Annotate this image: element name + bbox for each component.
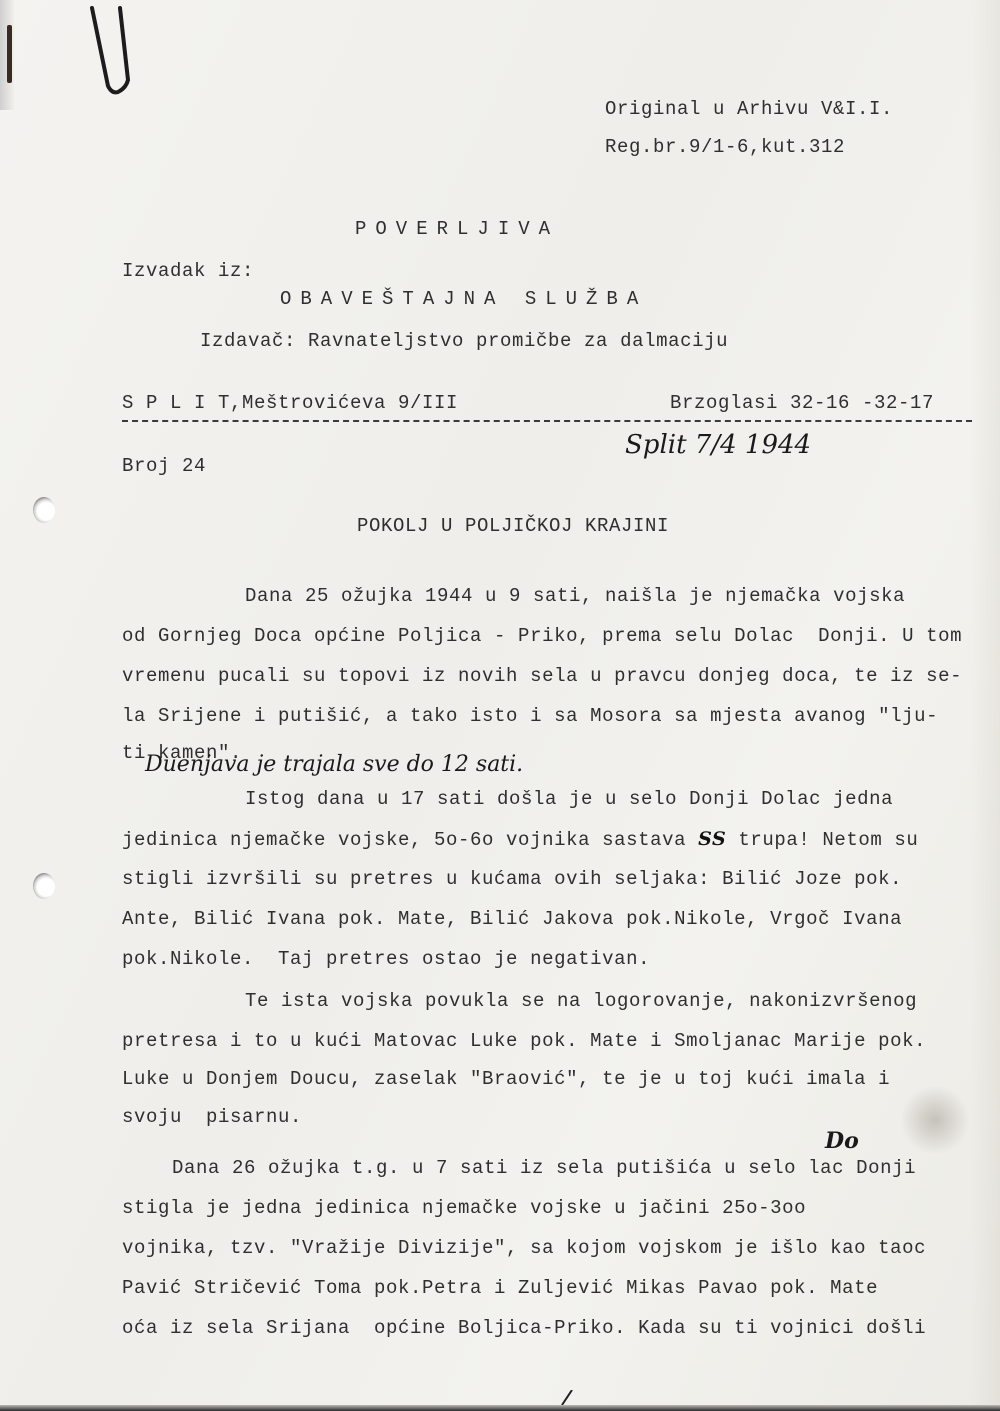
body-line: vojnika, tzv. "Vražije Divizije", sa koj…: [122, 1237, 926, 1259]
header-separator: [122, 420, 972, 422]
document-page: Original u Arhivu V&I.I. Reg.br.9/1-6,ku…: [0, 0, 1000, 1411]
ss-mark: SS: [698, 828, 726, 850]
body-line: Istog dana u 17 sati došla je u selo Don…: [245, 788, 893, 810]
document-number: Broj 24: [122, 455, 206, 477]
paperclip-mark-icon: [88, 4, 148, 99]
body-line: pok.Nikole. Taj pretres ostao je negativ…: [122, 948, 650, 970]
page-shadow: [970, 0, 1000, 1411]
archive-note-line1: Original u Arhivu V&I.I.: [605, 98, 893, 120]
handwritten-correction: Do: [825, 1128, 859, 1154]
body-line: stigla je jedna jedinica njemačke vojske…: [122, 1197, 806, 1219]
publication-title: OBAVEŠTAJNA SLUŽBA: [280, 288, 647, 310]
body-line: Dana 25 ožujka 1944 u 9 sati, naišla je …: [245, 585, 905, 607]
pen-stroke-mark: [560, 1390, 574, 1406]
body-line: Te ista vojska povukla se na logorovanje…: [245, 990, 917, 1012]
classification-label: POVERLJIVA: [355, 218, 559, 240]
body-text: trupa! Netom su: [738, 829, 918, 851]
body-line: vremenu pucali su topovi iz novih sela u…: [122, 665, 962, 687]
paper-bottom-edge: [0, 1405, 1000, 1411]
body-line: Pavić Stričević Toma pok.Petra i Zuljevi…: [122, 1277, 878, 1299]
body-line: Ante, Bilić Ivana pok. Mate, Bilić Jakov…: [122, 908, 902, 930]
archive-note-line2: Reg.br.9/1-6,kut.312: [605, 136, 845, 158]
extract-label: Izvadak iz:: [122, 260, 254, 282]
body-line: od Gornjeg Doca općine Poljica - Priko, …: [122, 625, 962, 647]
phone-numbers: Brzoglasi 32-16 -32-17: [670, 392, 934, 414]
staple-rust-mark: [7, 25, 12, 83]
body-line: svoju pisarnu.: [122, 1106, 302, 1128]
punch-hole-top: [33, 497, 55, 523]
handwritten-date: Split 7/4 1944: [625, 430, 811, 460]
punch-hole-bottom: [33, 873, 55, 899]
body-text: jedinica njemačke vojske, 5o-6o vojnika …: [122, 829, 686, 851]
body-line: oća iz sela Srijana općine Boljica-Priko…: [122, 1317, 926, 1339]
address-line: S P L I T,Meštrovićeva 9/III: [122, 392, 458, 414]
paper-stain: [900, 1085, 970, 1155]
body-line: stigli izvršili su pretres u kućama ovih…: [122, 868, 902, 890]
document-title: POKOLJ U POLJIČKOJ KRAJINI: [357, 515, 669, 537]
body-line: Dana 26 ožujka t.g. u 7 sati iz sela put…: [172, 1157, 916, 1179]
body-line: pretresa i to u kući Matovac Luke pok. M…: [122, 1030, 926, 1052]
body-line: Luke u Donjem Doucu, zaselak "Braović", …: [122, 1068, 890, 1090]
publisher-line: Izdavač: Ravnateljstvo promičbe za dalma…: [200, 330, 728, 352]
handwritten-annotation: Duenjava je trajala sve do 12 sati.: [145, 752, 523, 777]
body-line: la Srijene i putišić, a tako isto i sa M…: [122, 705, 938, 727]
body-line: jedinica njemačke vojske, 5o-6o vojnika …: [122, 828, 918, 851]
